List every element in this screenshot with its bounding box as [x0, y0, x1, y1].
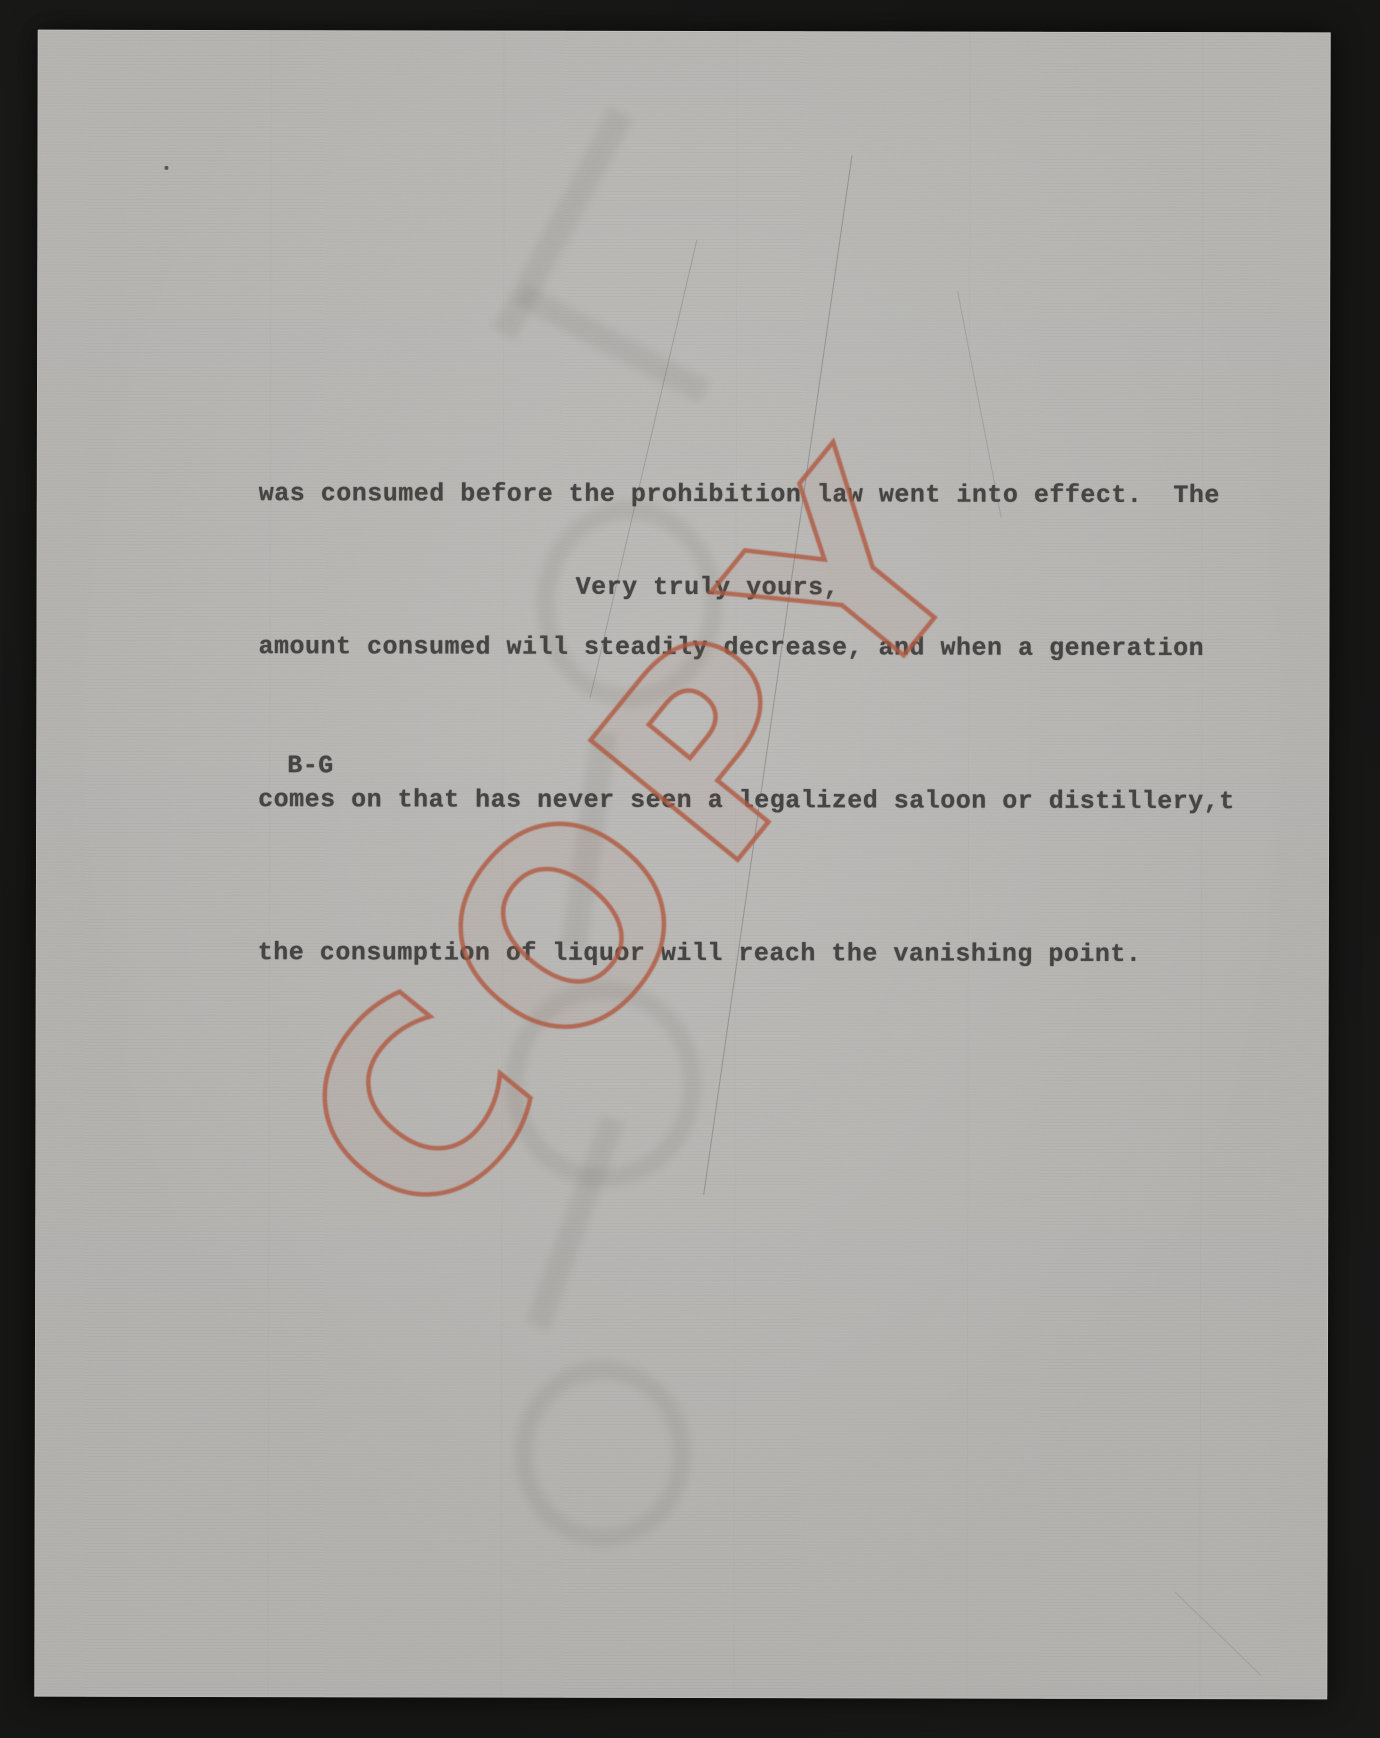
letter-page: was consumed before the prohibition law … — [34, 30, 1330, 1700]
paper-crease — [1175, 1592, 1262, 1676]
scan-mat-background: was consumed before the prohibition law … — [0, 0, 1380, 1738]
typist-initials: B-G — [287, 751, 334, 780]
bleed-through-mark — [515, 1361, 691, 1547]
ink-speck — [164, 166, 168, 170]
